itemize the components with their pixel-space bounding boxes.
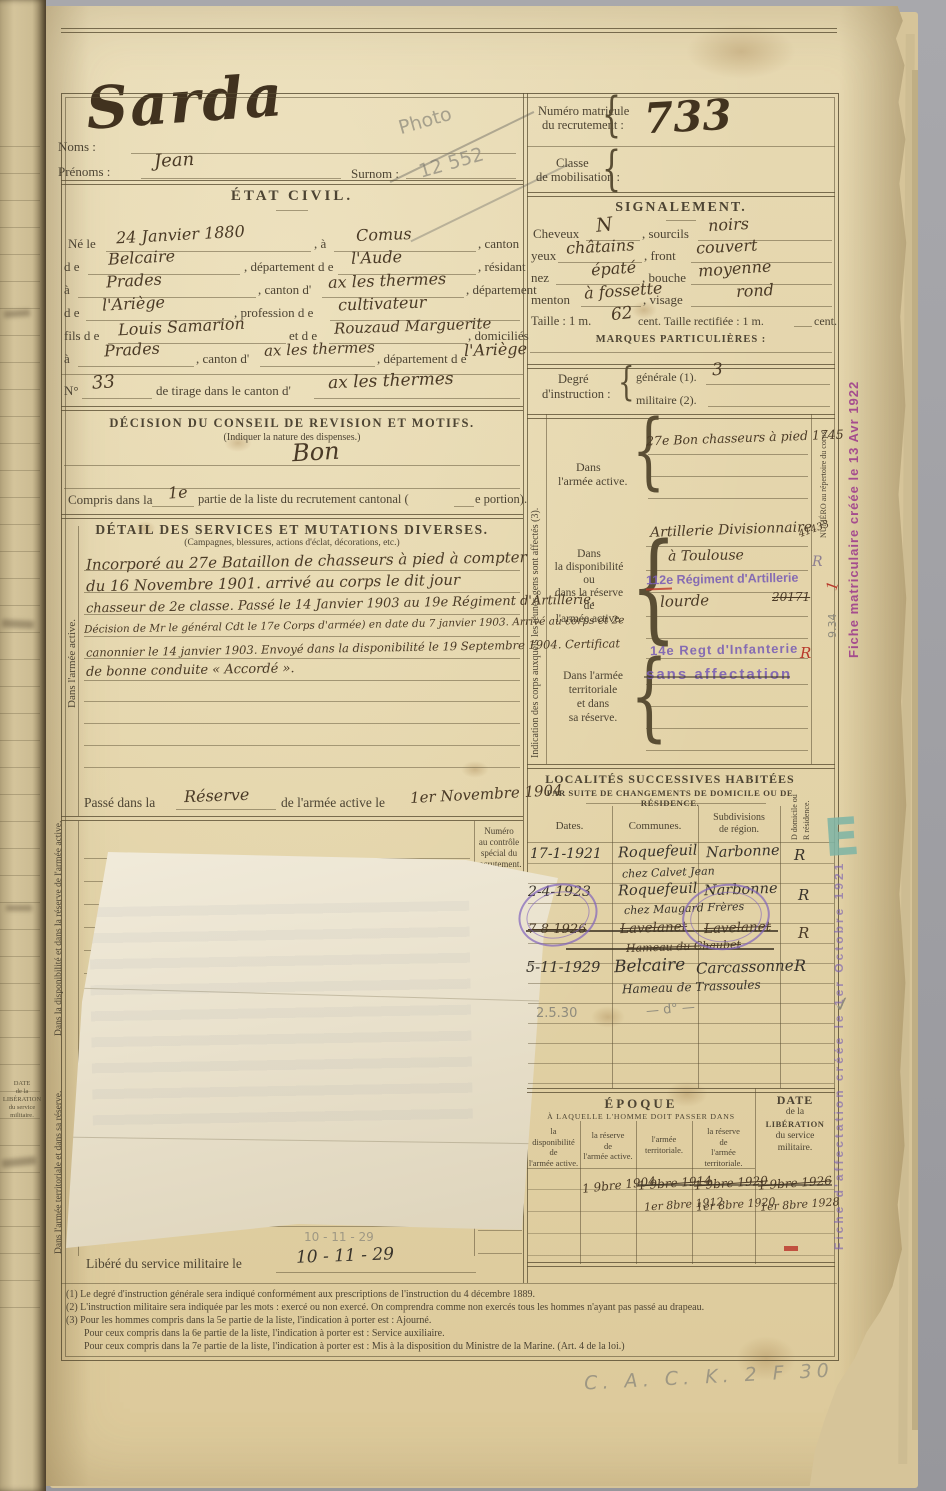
rule-line <box>527 146 835 147</box>
localites-subtitle: PAR SUITE DE CHANGEMENTS DE DOMICILE OU … <box>527 788 813 808</box>
rule-line <box>530 352 832 353</box>
epoque-h-line: la réserve <box>692 1126 755 1137</box>
epoque-h-line: l'armée <box>636 1134 692 1145</box>
ec-l3-post: , département <box>466 282 537 298</box>
brace: { <box>602 142 621 198</box>
epoque-col2-header: la réserve de l'armée active. <box>580 1130 636 1162</box>
sig-nez-label: nez <box>531 270 549 286</box>
vertical-rule <box>78 526 79 816</box>
matricule-value: 733 <box>643 90 733 144</box>
tirage-text: de tirage dans le canton d' <box>156 383 291 399</box>
rule-line <box>794 326 812 327</box>
passe-pre: Passé dans la <box>84 795 155 811</box>
loc-dr: R <box>794 956 806 975</box>
epoque-h-line: l'armée <box>692 1147 755 1158</box>
loc-dr: R <box>798 886 809 904</box>
decision-verdict: Bon <box>291 437 340 467</box>
epoque-h-line: l'armée active. <box>580 1151 636 1162</box>
nc-line: Numéro <box>475 826 523 837</box>
sig-front-value: couvert <box>696 235 758 257</box>
epoque-col3-header: l'armée territoriale. <box>636 1134 692 1155</box>
loc-subdivision: Carcassonne <box>696 956 794 977</box>
prev-date-line: DATE <box>2 1080 42 1088</box>
vertical-rule <box>546 414 547 764</box>
localites-h-subdiv-1: Subdivisions <box>698 812 780 823</box>
sig-yeux-value: châtains <box>566 235 635 258</box>
epoque-h-line: de <box>527 1147 580 1158</box>
section-rule <box>61 816 523 821</box>
epoque-h-line: militaire. <box>755 1142 835 1154</box>
tirage-no-label: N° <box>64 383 79 399</box>
ec-l1-pre: Né le <box>68 236 96 252</box>
passe-v1: Réserve <box>184 785 250 806</box>
section-rule <box>61 406 523 411</box>
pencil-margin-mark: 9.34 <box>826 614 839 639</box>
terr-vertical-label: Dans l'armée territoriale et dans sa rés… <box>54 1091 64 1254</box>
sig-taille-value: 62 <box>610 303 634 325</box>
ec-l3-pre: à <box>64 282 70 298</box>
blue-crayon-e: E <box>822 807 862 869</box>
rule-line <box>78 366 194 367</box>
epoque-col1-header: la disponibilité de l'armée active. <box>527 1126 580 1168</box>
corps-active-label-2: l'armée active. <box>558 474 627 489</box>
epoque-subtitle: À LAQUELLE L'HOMME DOIT PASSER DANS <box>527 1112 755 1121</box>
corps-terr-label: Dans l'armée <box>548 670 638 682</box>
degre-label-1: Degré <box>558 372 589 387</box>
decision-title: DÉCISION DU CONSEIL DE REVISION ET MOTIF… <box>61 416 523 431</box>
loc-commune: Roquefeuil <box>618 843 698 862</box>
rule-line <box>84 592 520 593</box>
compris-pre: Compris dans la <box>68 492 153 508</box>
corps-dispo-number-crossed: 20171 <box>772 590 810 604</box>
epoque-h-line: LIBÉRATION <box>755 1118 835 1130</box>
ruled-lines <box>84 680 520 780</box>
ec-l6-pre: à <box>64 351 70 367</box>
brace: { <box>618 361 635 406</box>
ec-l2-post: , résidant <box>478 259 526 275</box>
localites-h-communes: Communes. <box>612 820 698 832</box>
corps-dispo-label: ou <box>548 574 630 586</box>
sig-front-label: , front <box>644 248 676 264</box>
degre-label-2: d'instruction : <box>542 387 611 402</box>
rule-line <box>646 658 808 659</box>
epoque-col4-header: la réserve de l'armée territoriale. <box>692 1126 755 1168</box>
section-rule <box>61 180 523 185</box>
ec-l1-mid: , à <box>314 236 326 252</box>
rule-line <box>648 476 808 477</box>
libere-value: 10 - 11 - 29 <box>296 1244 395 1267</box>
rule-line <box>646 706 808 707</box>
epoque-h-line: l'armée active. <box>527 1158 580 1169</box>
epoque-h-line: DATE <box>755 1094 835 1106</box>
ec-l6-v3: l'Ariège <box>464 339 528 360</box>
ec-l2-v2: l'Aude <box>351 247 403 268</box>
ec-l3-v1: Prades <box>106 270 163 292</box>
brace: { <box>632 404 665 500</box>
footnote: (3) Pour les hommes compris dans la 5e p… <box>66 1315 431 1326</box>
ec-l1-post: , canton <box>478 236 519 252</box>
corps-terr-label: sa réserve. <box>548 712 638 724</box>
loc-dr: R <box>798 924 809 942</box>
corps-vertical-left-label: Indication des corps auxquels les jeunes… <box>530 508 541 758</box>
ec-l4-mid: , profession d e <box>234 305 313 321</box>
sig-sourcils-label: , sourcils <box>642 226 689 242</box>
nc-line: spécial du <box>475 848 523 859</box>
corps-dispo-label: dans la réserve <box>548 587 630 599</box>
prev-date-header: DATE de la LIBÉRATION du service militai… <box>2 1080 42 1120</box>
rule-line <box>314 398 520 399</box>
ec-l5-pre: fils d e <box>64 328 99 344</box>
epoque-h-line: la <box>527 1126 580 1137</box>
epoque-h-line: territoriale. <box>636 1145 692 1156</box>
epoque-h-line: du service <box>755 1130 835 1142</box>
rule-line <box>64 488 520 489</box>
compris-mid: partie de la liste du recrutement canton… <box>198 492 409 507</box>
loc-commune: Roquefeuil <box>618 881 698 900</box>
marques-label: MARQUES PARTICULIÈRES : <box>527 334 835 345</box>
loc-commune: Belcaire <box>614 955 686 977</box>
rule-line <box>152 506 194 507</box>
sig-visage-label: , visage <box>643 292 683 308</box>
ec-l3-mid: , canton d' <box>258 282 311 298</box>
epoque-date-header: DATE de la LIBÉRATION du service militai… <box>755 1094 835 1154</box>
squiggle-divider <box>586 803 766 804</box>
rule-line <box>84 614 520 615</box>
tirage-no-value: 33 <box>91 371 115 394</box>
footnote: Pour ceux compris dans la 7e partie de l… <box>84 1341 625 1352</box>
fiche-affectation-stamp: Fiche d'affectation créée le 1er Octobre… <box>832 861 846 1250</box>
rule-line <box>84 658 520 659</box>
regiment-infanterie-stamp: 14e Regt d'Infanterie <box>650 641 799 659</box>
register-sheet: Noms : Sarda Prénoms : Jean Surnom : Pho… <box>46 6 908 1486</box>
rule-line <box>646 728 808 729</box>
rule-line <box>646 638 808 639</box>
rule-line <box>176 809 276 810</box>
previous-page-rules <box>0 120 40 1320</box>
bottom-pencil-note: C. A. C. K. 2 F 30 <box>584 1359 835 1394</box>
rule-line <box>260 366 375 367</box>
ec-l2-mid: , département d e <box>244 259 334 275</box>
sig-taille-label: Taille : 1 m. <box>531 314 591 329</box>
brace: { <box>602 88 621 144</box>
sig-sourcils-value: noirs <box>708 214 750 235</box>
localites-h-dr-2: R résidence. <box>802 800 811 840</box>
ink-smudge <box>6 905 32 911</box>
prev-date-line: du service <box>2 1104 42 1112</box>
strike-line <box>644 676 790 678</box>
margin-r-pencil: R <box>812 554 823 570</box>
passe-mid: de l'armée active le <box>281 795 385 811</box>
prev-date-line: LIBÉRATION <box>2 1096 42 1104</box>
rule-line <box>706 384 830 385</box>
epoque-h-line: territoriale. <box>692 1158 755 1169</box>
page-top-rule <box>61 28 837 33</box>
sig-menton-label: menton <box>531 292 570 308</box>
strike-line <box>566 948 774 950</box>
localites-h-subdiv-2: de région. <box>698 824 780 835</box>
red-tick <box>784 1246 798 1251</box>
fiche-matriculaire-stamp: Fiche matriculaire créée le 13 Avr 1922 <box>846 381 861 658</box>
rule-line <box>648 498 808 499</box>
ec-l4-v1: l'Ariège <box>102 292 166 314</box>
rule-line <box>646 616 808 617</box>
ec-l2-v1: Belcaire <box>108 246 176 268</box>
dispo-vertical-label: Dans la disponibilité et dans la réserve… <box>54 821 64 1036</box>
corps-active-label-1: Dans <box>576 460 601 475</box>
sans-affectation-stamp: sans affectation <box>646 666 792 683</box>
ec-l1-v2: Comus <box>356 224 412 245</box>
footnote: (2) L'instruction militaire sera indiqué… <box>66 1302 704 1313</box>
section-rule <box>527 414 835 419</box>
corps-terr-label: territoriale <box>548 684 638 696</box>
loc-subdivision: Narbonne <box>706 843 780 862</box>
rule-line <box>82 398 152 399</box>
epoque-h-line: disponibilité <box>527 1137 580 1148</box>
sig-yeux-label: yeux <box>531 248 556 264</box>
paper-crease <box>67 1137 547 1145</box>
rule-line <box>708 406 830 407</box>
ec-l4-pre: d e <box>64 305 80 321</box>
rule-line <box>454 506 474 507</box>
localites-h-dates: Dates. <box>527 820 612 832</box>
rule-line <box>646 750 808 751</box>
services-title: DÉTAIL DES SERVICES ET MUTATIONS DIVERSE… <box>61 522 523 538</box>
epoque-title: ÉPOQUE <box>527 1096 755 1112</box>
vertical-rule <box>811 414 812 764</box>
ec-l6-v1: Prades <box>104 339 161 361</box>
show-through-text <box>89 901 473 1128</box>
ec-l2-pre: d e <box>64 259 80 275</box>
sig-visage-value: rond <box>736 280 775 301</box>
loc-dr: R <box>794 846 805 864</box>
sig-cent-label: cent. <box>814 314 837 329</box>
footnote: Pour ceux compris dans la 6e partie de l… <box>84 1328 445 1339</box>
loc-date: 5-11-1929 <box>526 960 600 976</box>
loc-commune-crossed: Lavelanet <box>620 919 688 937</box>
page-stack-edge <box>912 70 918 1430</box>
previous-page-edge: DATE de la LIBÉRATION du service militai… <box>0 0 46 1491</box>
prev-date-line: de la <box>2 1088 42 1096</box>
margin-r-red: R <box>800 644 811 662</box>
corps-dispo-label: Dans <box>548 548 630 560</box>
nc-line: au contrôle <box>475 837 523 848</box>
etat-civil-title: ÉTAT CIVIL. <box>61 188 523 205</box>
corps-dispo-value-3: lourde <box>660 591 710 611</box>
corps-dispo-value-2: à Toulouse <box>668 547 744 564</box>
ec-l6-mid: , canton d' <box>196 351 249 367</box>
strike-line <box>636 1184 832 1186</box>
corps-dispo-label: de <box>548 600 630 612</box>
degre-generale-value: 3 <box>711 360 723 381</box>
rule-line <box>646 684 808 685</box>
regiment-artillerie-stamp: 112e Régiment d'Artillerie <box>646 571 799 588</box>
ec-l6-v2: ax les thermes <box>264 338 375 360</box>
compris-value: 1e <box>167 482 188 502</box>
rule-line <box>64 465 520 466</box>
sig-cheveux-value: N <box>595 213 614 237</box>
pencil-checkmark: ✓ <box>832 991 853 1018</box>
rule-line <box>648 454 808 455</box>
section-rule <box>527 1262 835 1267</box>
corps-dispo-label: l'armée active. <box>548 613 630 625</box>
title-dash <box>276 210 308 211</box>
section-rule <box>527 192 835 197</box>
services-subtitle: (Campagnes, blessures, actions d'éclat, … <box>61 538 523 548</box>
rule-line <box>276 1272 476 1273</box>
rule-line <box>61 1283 837 1284</box>
glued-paper-overlay <box>61 844 561 1258</box>
corps-dispo-label: la disponibilité <box>548 561 630 573</box>
prev-date-line: militaire. <box>2 1112 42 1120</box>
libere-pencil-note: 10 - 11 - 29 <box>304 1230 374 1244</box>
section-rule <box>527 764 835 769</box>
rule-line <box>691 306 832 307</box>
ec-l6-post: , département d e <box>377 351 467 367</box>
degre-generale-label: générale (1). <box>636 370 697 385</box>
rule-line <box>84 636 520 637</box>
title-dash <box>666 220 696 221</box>
epoque-h-line: de la <box>755 1106 835 1118</box>
localites-pencil-date: 2.5.30 <box>536 1006 577 1021</box>
localites-title: LOCALITÉS SUCCESSIVES HABITÉES <box>527 772 813 787</box>
localites-h-dr-1: D domicile ou <box>790 794 799 840</box>
footnote: (1) Le degré d'instruction générale sera… <box>66 1289 535 1300</box>
sig-taille-rect-label: cent. Taille rectifiée : 1 m. <box>638 314 764 329</box>
sig-nez-value: épaté <box>590 257 636 279</box>
section-rule <box>61 514 523 519</box>
signalement-title: SIGNALEMENT. <box>527 200 835 216</box>
corps-terr-label: et dans <box>548 698 638 710</box>
libere-label: Libéré du service militaire le <box>86 1256 242 1272</box>
epoque-h-line: de <box>580 1141 636 1152</box>
epoque-h-line: la réserve <box>580 1130 636 1141</box>
section-rule <box>527 364 835 369</box>
ec-l4-v2: cultivateur <box>338 292 427 314</box>
compris-post: e portion). <box>475 492 527 507</box>
armee-active-vertical-label: Dans l'armée active. <box>66 619 78 708</box>
ink-smudge <box>2 619 34 629</box>
epoque-h-line: de <box>692 1137 755 1148</box>
scanned-register-page: DATE de la LIBÉRATION du service militai… <box>0 0 946 1491</box>
loc-date: 17-1-1921 <box>530 846 602 862</box>
classe-label-1: Classe <box>556 156 589 171</box>
